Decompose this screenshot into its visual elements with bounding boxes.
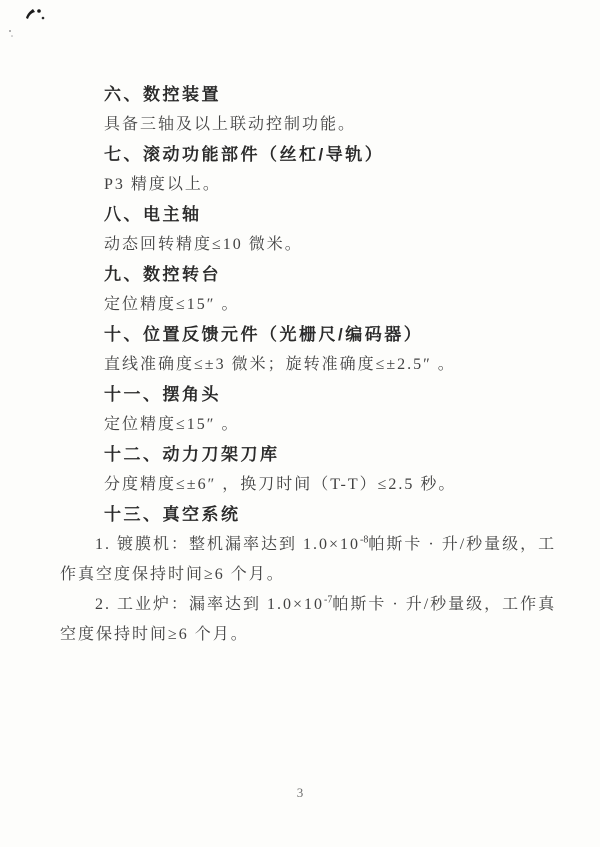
paragraph-industrial-furnace-line-2: 空度保持时间≥6 个月。 [60,620,552,650]
scanned-document-page: 六、数控装置 具备三轴及以上联动控制功能。 七、滚动功能部件（丝杠/导轨） P3… [0,0,600,847]
spec-line-swivel-head-accuracy: 定位精度≤15″ 。 [60,410,552,440]
spec-line-tool-magazine: 分度精度≤±6″ ，换刀时间（T-T）≤2.5 秒。 [60,470,552,500]
section-heading-9: 九、数控转台 [60,260,552,290]
spec-line-cnc-control: 具备三轴及以上联动控制功能。 [60,110,552,140]
section-heading-8: 八、电主轴 [60,200,552,230]
paragraph-text: 2. 工业炉：漏率达到 1.0×10 [95,596,324,613]
spec-line-feedback-accuracy: 直线准确度≤±3 微米；旋转准确度≤±2.5″ 。 [60,350,552,380]
ink-dot [37,9,41,13]
paragraph-text: 1. 镀膜机：整机漏率达到 1.0×10 [95,536,360,553]
paragraph-coating-machine-line-1: 1. 镀膜机：整机漏率达到 1.0×10-8帕斯卡 · 升/秒量级，工 [60,530,552,560]
ink-stroke [26,9,35,19]
paragraph-coating-machine-line-2: 作真空度保持时间≥6 个月。 [60,560,552,590]
ink-speck [11,35,13,37]
paragraph-text: 帕斯卡 · 升/秒量级，工作真 [332,596,556,613]
spec-line-turntable-accuracy: 定位精度≤15″ 。 [60,290,552,320]
paragraph-text: 帕斯卡 · 升/秒量级，工 [368,536,556,553]
ink-dot [42,17,45,20]
spec-line-spindle-accuracy: 动态回转精度≤10 微米。 [60,230,552,260]
section-heading-6: 六、数控装置 [60,80,552,110]
section-heading-13: 十三、真空系统 [60,500,552,530]
spec-line-p3-accuracy: P3 精度以上。 [60,170,552,200]
section-heading-11: 十一、摆角头 [60,380,552,410]
ink-speck [9,30,11,32]
page-number: 3 [0,785,600,801]
document-body: 六、数控装置 具备三轴及以上联动控制功能。 七、滚动功能部件（丝杠/导轨） P3… [60,80,552,650]
paragraph-industrial-furnace-line-1: 2. 工业炉：漏率达到 1.0×10-7帕斯卡 · 升/秒量级，工作真 [60,590,552,620]
ink-mark-top-left [0,0,70,50]
section-heading-12: 十二、动力刀架刀库 [60,440,552,470]
section-heading-10: 十、位置反馈元件（光栅尺/编码器） [60,320,552,350]
section-heading-7: 七、滚动功能部件（丝杠/导轨） [60,140,552,170]
